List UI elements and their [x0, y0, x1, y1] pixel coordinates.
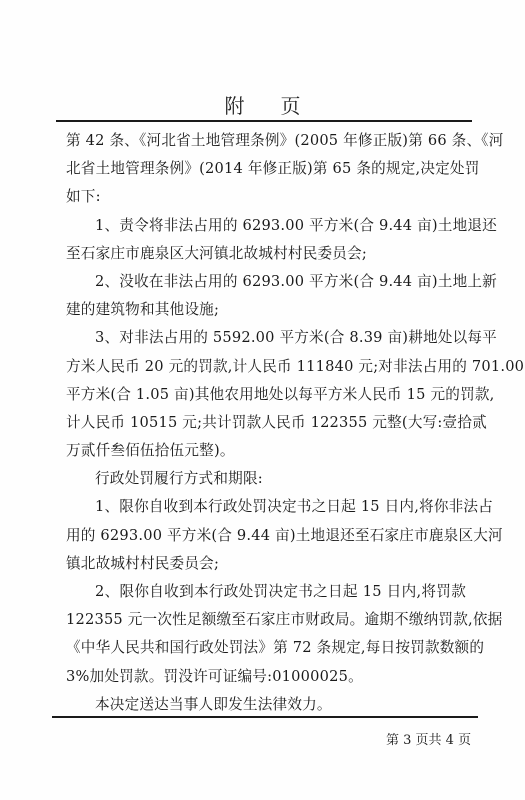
- text-line: 计人民币 10515 元;共计罚款人民币 122355 元整(大写:壹拾贰: [66, 409, 466, 437]
- text-line: 镇北故城村村民委员会;: [66, 550, 466, 578]
- page-title: 附页: [0, 93, 525, 119]
- text-line: 《中华人民共和国行政处罚法》第 72 条规定,每日按罚款数额的: [66, 634, 466, 662]
- paragraph-performance-1: 1、限你自收到本行政处罚决定书之日起 15 日内,将你非法占 用的 6293.0…: [66, 493, 466, 578]
- text-line: 3%加处罚款。罚没许可证编号:01000025。: [66, 663, 466, 691]
- text-line: 方米人民币 20 元的罚款,计人民币 111840 元;对非法占用的 701.0…: [66, 353, 466, 381]
- text-line: 122355 元一次性足额缴至石家庄市财政局。逾期不缴纳罚款,依据: [66, 606, 466, 634]
- text-line: 用的 6293.00 平方米(合 9.44 亩)土地退还至石家庄市鹿泉区大河: [66, 522, 466, 550]
- page-title-char-1: 附: [225, 93, 245, 119]
- text-line: 1、限你自收到本行政处罚决定书之日起 15 日内,将你非法占: [66, 493, 466, 521]
- text-line: 本决定送达当事人即发生法律效力。: [66, 691, 466, 719]
- document-page: 附页 第 42 条、《河北省土地管理条例》(2005 年修正版)第 66 条、《…: [0, 0, 525, 800]
- header-divider: [56, 120, 472, 122]
- paragraph-effective-clause: 本决定送达当事人即发生法律效力。: [66, 691, 466, 719]
- text-line: 3、对非法占用的 5592.00 平方米(合 8.39 亩)耕地处以每平: [66, 324, 466, 352]
- paragraph-performance-heading: 行政处罚履行方式和期限:: [66, 465, 466, 493]
- text-line: 平方米(合 1.05 亩)其他农用地处以每平方米人民币 15 元的罚款,: [66, 381, 466, 409]
- text-line: 如下:: [66, 183, 466, 211]
- text-line: 建的建筑物和其他设施;: [66, 296, 466, 324]
- text-line: 北省土地管理条例》(2014 年修正版)第 65 条的规定,决定处罚: [66, 155, 466, 183]
- page-number: 第 3 页共 4 页: [386, 731, 471, 751]
- paragraph-penalty-3: 3、对非法占用的 5592.00 平方米(合 8.39 亩)耕地处以每平 方米人…: [66, 324, 466, 465]
- text-line: 至石家庄市鹿泉区大河镇北故城村村民委员会;: [66, 240, 466, 268]
- page-title-char-2: 页: [281, 93, 301, 119]
- paragraph-penalty-2: 2、没收在非法占用的 6293.00 平方米(合 9.44 亩)土地上新 建的建…: [66, 268, 466, 324]
- paragraph-penalty-1: 1、责令将非法占用的 6293.00 平方米(合 9.44 亩)土地退还 至石家…: [66, 212, 466, 268]
- document-body: 第 42 条、《河北省土地管理条例》(2005 年修正版)第 66 条、《河 北…: [66, 127, 466, 719]
- text-line: 第 42 条、《河北省土地管理条例》(2005 年修正版)第 66 条、《河: [66, 127, 466, 155]
- paragraph-performance-2: 2、限你自收到本行政处罚决定书之日起 15 日内,将罚款 122355 元一次性…: [66, 578, 466, 691]
- text-line: 2、没收在非法占用的 6293.00 平方米(合 9.44 亩)土地上新: [66, 268, 466, 296]
- text-line: 2、限你自收到本行政处罚决定书之日起 15 日内,将罚款: [66, 578, 466, 606]
- paragraph-legal-basis: 第 42 条、《河北省土地管理条例》(2005 年修正版)第 66 条、《河 北…: [66, 127, 466, 212]
- text-line: 万贰仟叁佰伍拾伍元整)。: [66, 437, 466, 465]
- footer-divider: [52, 716, 478, 718]
- text-line: 1、责令将非法占用的 6293.00 平方米(合 9.44 亩)土地退还: [66, 212, 466, 240]
- section-heading: 行政处罚履行方式和期限:: [66, 465, 466, 493]
